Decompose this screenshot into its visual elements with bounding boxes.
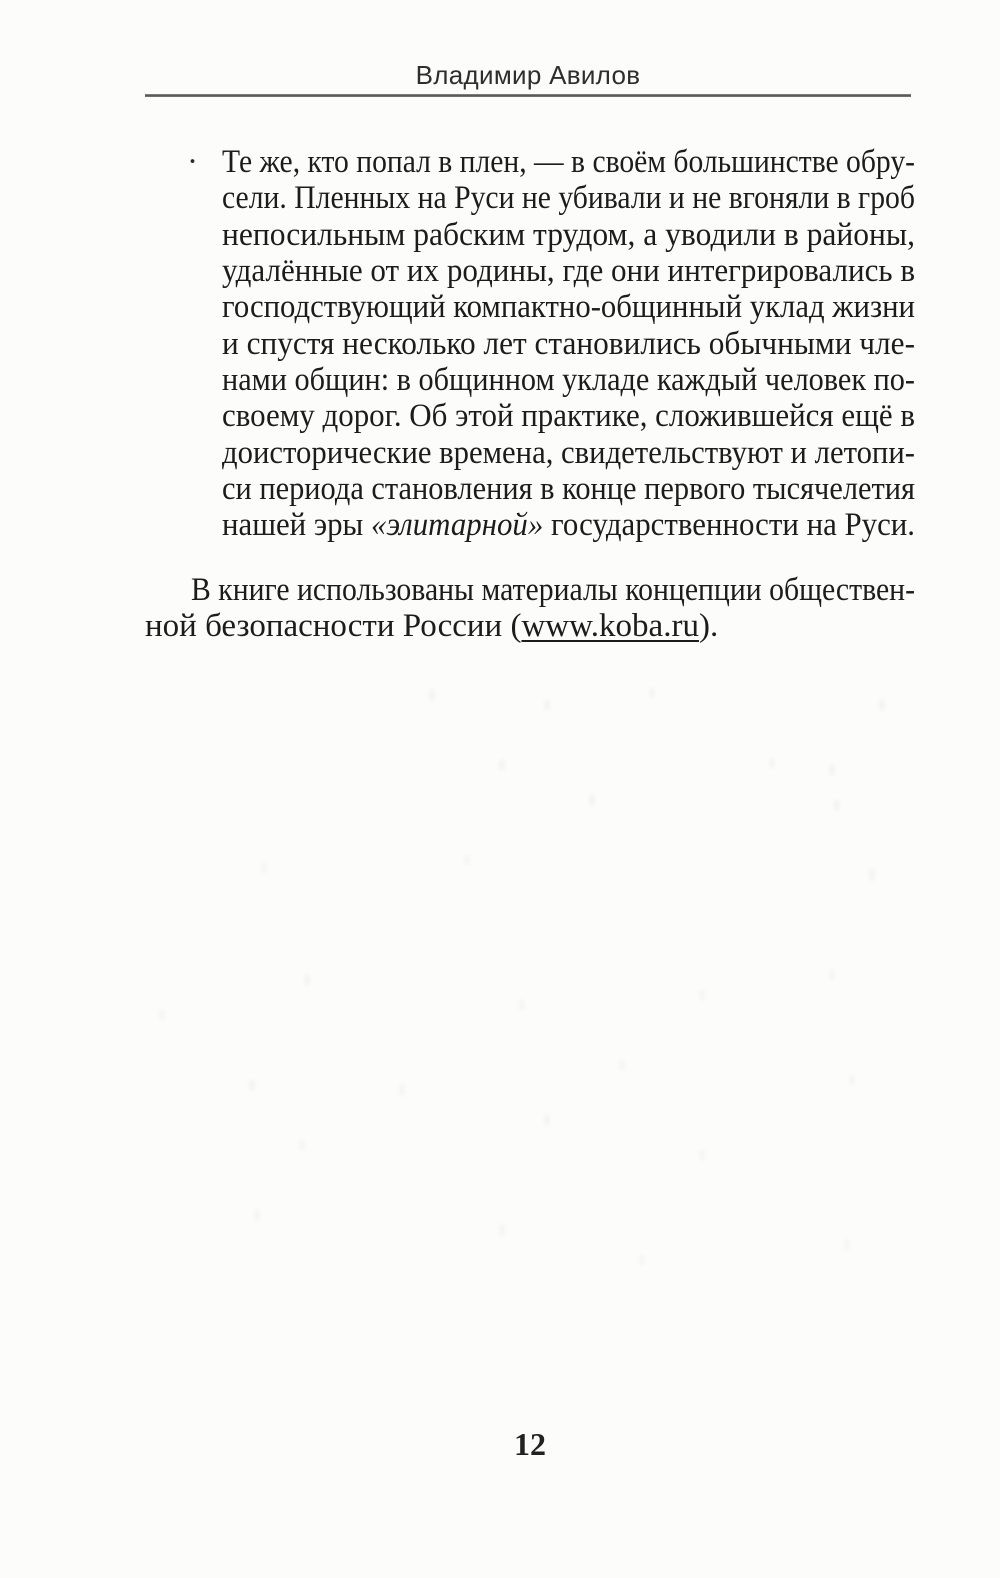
text-segment: нашей эры [222,507,371,543]
text-line: непосильным рабским трудом, а уводили в … [222,217,915,253]
text-line: си периода становления в конце первого т… [222,471,915,507]
text-line-row: нами общин: в общинном укладе каждый чел… [222,362,915,398]
text-line-row: ной безопасности России (www.koba.ru). [145,608,915,644]
page-number: 12 [145,1426,915,1463]
text-line: и спустя несколько лет становились обычн… [222,326,915,362]
text-segment: нами общин: в общинном укладе каждый чел… [222,362,915,398]
text-segment: В книге использованы материалы концепции… [191,572,915,608]
text-line-row: и спустя несколько лет становились обычн… [222,326,915,362]
bullet-marker: · [187,144,198,180]
text-line-row: Те же, кто попал в плен, — в своём больш… [222,144,915,180]
header-rule [145,94,911,97]
text-line-row: доисторические времена, свидетельствуют … [222,435,915,471]
text-line: доисторические времена, свидетельствуют … [222,435,915,471]
text-line: В книге использованы материалы концепции… [191,572,915,608]
closing-paragraph: В книге использованы материалы концепции… [145,572,915,645]
text-segment: сели. Пленных на Руси не убивали и не вг… [222,180,915,216]
text-line: своему дорог. Об этой практике, сложивше… [222,398,915,434]
text-line-row: си периода становления в конце первого т… [222,471,915,507]
text-segment: ). [699,608,718,644]
text-line: Те же, кто попал в плен, — в своём больш… [222,144,915,180]
text-line: сели. Пленных на Руси не убивали и не вг… [222,180,915,216]
text-segment: доисторические времена, свидетельствуют … [222,435,915,471]
text-line: удалённые от их родины, где они интегрир… [222,253,915,289]
italic-text: «элитарной» [371,507,543,543]
text-segment: си периода становления в конце первого т… [222,471,915,507]
text-segment: удалённые от их родины, где они интегрир… [222,253,915,289]
text-segment: непосильным рабским трудом, а уводили в … [222,217,915,253]
scan-bleed-artifacts [0,0,4,10]
text-line-row: господствующий компактно-общинный уклад … [222,289,915,325]
text-segment: своему дорог. Об этой практике, сложивше… [222,398,915,434]
text-line-row: нашей эры «элитарной» государственности … [222,507,915,543]
running-header-title: Владимир Авилов [145,60,911,90]
text-line-row: сели. Пленных на Руси не убивали и не вг… [222,180,915,216]
text-line: ной безопасности России (www.koba.ru). [145,608,718,644]
text-line: нашей эры «элитарной» государственности … [222,507,915,543]
text-segment: и спустя несколько лет становились обычн… [222,326,915,362]
text-segment: Те же, кто попал в плен, — в своём больш… [222,144,915,180]
text-line-row: удалённые от их родины, где они интегрир… [222,253,915,289]
bullet-paragraph: Те же, кто попал в плен, — в своём больш… [222,144,915,544]
text-segment: господствующий компактно-общинный уклад … [222,289,915,325]
text-line-row: своему дорог. Об этой практике, сложивше… [222,398,915,434]
text-line-row: непосильным рабским трудом, а уводили в … [222,217,915,253]
book-page-scan: Владимир Авилов · Те же, кто попал в пле… [0,0,1000,1578]
text-line: господствующий компактно-общинный уклад … [222,289,915,325]
text-line: нами общин: в общинном укладе каждый чел… [222,362,915,398]
text-segment: ной безопасности России ( [145,608,521,644]
url-text: www.koba.ru [521,608,699,644]
text-segment: государственности на Руси. [543,507,915,543]
text-line-row: В книге использованы материалы концепции… [145,572,915,608]
